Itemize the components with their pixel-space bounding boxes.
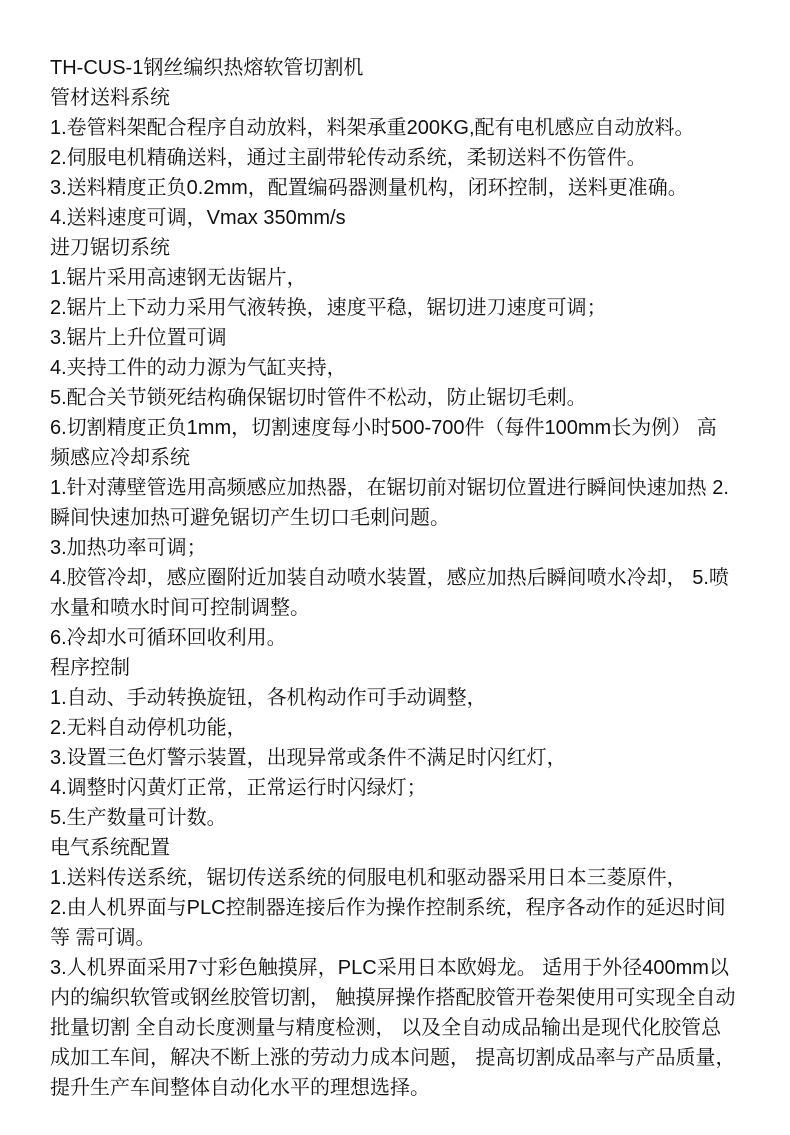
- doc-line: 成加工车间，解决不断上涨的劳动力成本问题， 提高切割成品率与产品质量，: [50, 1043, 750, 1073]
- document-title: TH-CUS-1钢丝编织热熔软管切割机: [50, 53, 750, 83]
- section-heading-program-control: 程序控制: [50, 653, 750, 683]
- doc-line: 6.冷却水可循环回收利用。: [50, 623, 750, 653]
- doc-line: 内的编织软管或钢丝胶管切割， 触摸屏操作搭配胶管开卷架使用可实现全自动: [50, 983, 750, 1013]
- doc-line: 2.伺服电机精确送料，通过主副带轮传动系统，柔韧送料不伤管件。: [50, 143, 750, 173]
- section-heading-hf-induction-cooling-system: 频感应冷却系统: [50, 443, 750, 473]
- doc-line: 批量切割 全自动长度测量与精度检测， 以及全自动成品输出是现代化胶管总: [50, 1013, 750, 1043]
- doc-line: 等 需可调。: [50, 923, 750, 953]
- doc-line: 4.胶管冷却，感应圈附近加装自动喷水装置，感应加热后瞬间喷水冷却， 5.喷: [50, 563, 750, 593]
- doc-line: 瞬间快速加热可避免锯切产生切口毛刺问题。: [50, 503, 750, 533]
- doc-line: 1.锯片采用高速钢无齿锯片，: [50, 263, 750, 293]
- doc-line: 1.送料传送系统，锯切传送系统的伺服电机和驱动器采用日本三菱原件，: [50, 863, 750, 893]
- document-page: TH-CUS-1钢丝编织热熔软管切割机 管材送料系统 1.卷管料架配合程序自动放…: [0, 0, 790, 1135]
- doc-line: 1.自动、手动转换旋钮，各机构动作可手动调整，: [50, 683, 750, 713]
- section-heading-pipe-feeding-system: 管材送料系统: [50, 83, 750, 113]
- doc-line: 4.送料速度可调，Vmax 350mm/s: [50, 203, 750, 233]
- section-heading-saw-cutting-system: 进刀锯切系统: [50, 233, 750, 263]
- doc-line: 2.无料自动停机功能，: [50, 713, 750, 743]
- doc-line: 2.由人机界面与PLC控制器连接后作为操作控制系统，程序各动作的延迟时间: [50, 893, 750, 923]
- doc-line: 6.切割精度正负1mm，切割速度每小时500-700件（每件100mm长为例） …: [50, 413, 750, 443]
- section-heading-electrical-system-config: 电气系统配置: [50, 833, 750, 863]
- doc-line: 3.锯片上升位置可调: [50, 323, 750, 353]
- doc-line: 3.人机界面采用7寸彩色触摸屏，PLC采用日本欧姆龙。 适用于外径400mm以: [50, 953, 750, 983]
- doc-line: 5.生产数量可计数。: [50, 803, 750, 833]
- doc-line: 3.送料精度正负0.2mm，配置编码器测量机构，闭环控制，送料更准确。: [50, 173, 750, 203]
- doc-line: 5.配合关节锁死结构确保锯切时管件不松动，防止锯切毛刺。: [50, 383, 750, 413]
- doc-line: 3.加热功率可调；: [50, 533, 750, 563]
- doc-line: 1.卷管料架配合程序自动放料，料架承重200KG,配有电机感应自动放料。: [50, 113, 750, 143]
- doc-line: 水量和喷水时间可控制调整。: [50, 593, 750, 623]
- doc-line: 提升生产车间整体自动化水平的理想选择。: [50, 1073, 750, 1103]
- doc-line: 4.调整时闪黄灯正常，正常运行时闪绿灯；: [50, 773, 750, 803]
- doc-line: 3.设置三色灯警示装置，出现异常或条件不满足时闪红灯，: [50, 743, 750, 773]
- doc-line: 2.锯片上下动力采用气液转换，速度平稳，锯切进刀速度可调；: [50, 293, 750, 323]
- doc-line: 1.针对薄壁管选用高频感应加热器，在锯切前对锯切位置进行瞬间快速加热 2.: [50, 473, 750, 503]
- doc-line: 4.夹持工件的动力源为气缸夹持，: [50, 353, 750, 383]
